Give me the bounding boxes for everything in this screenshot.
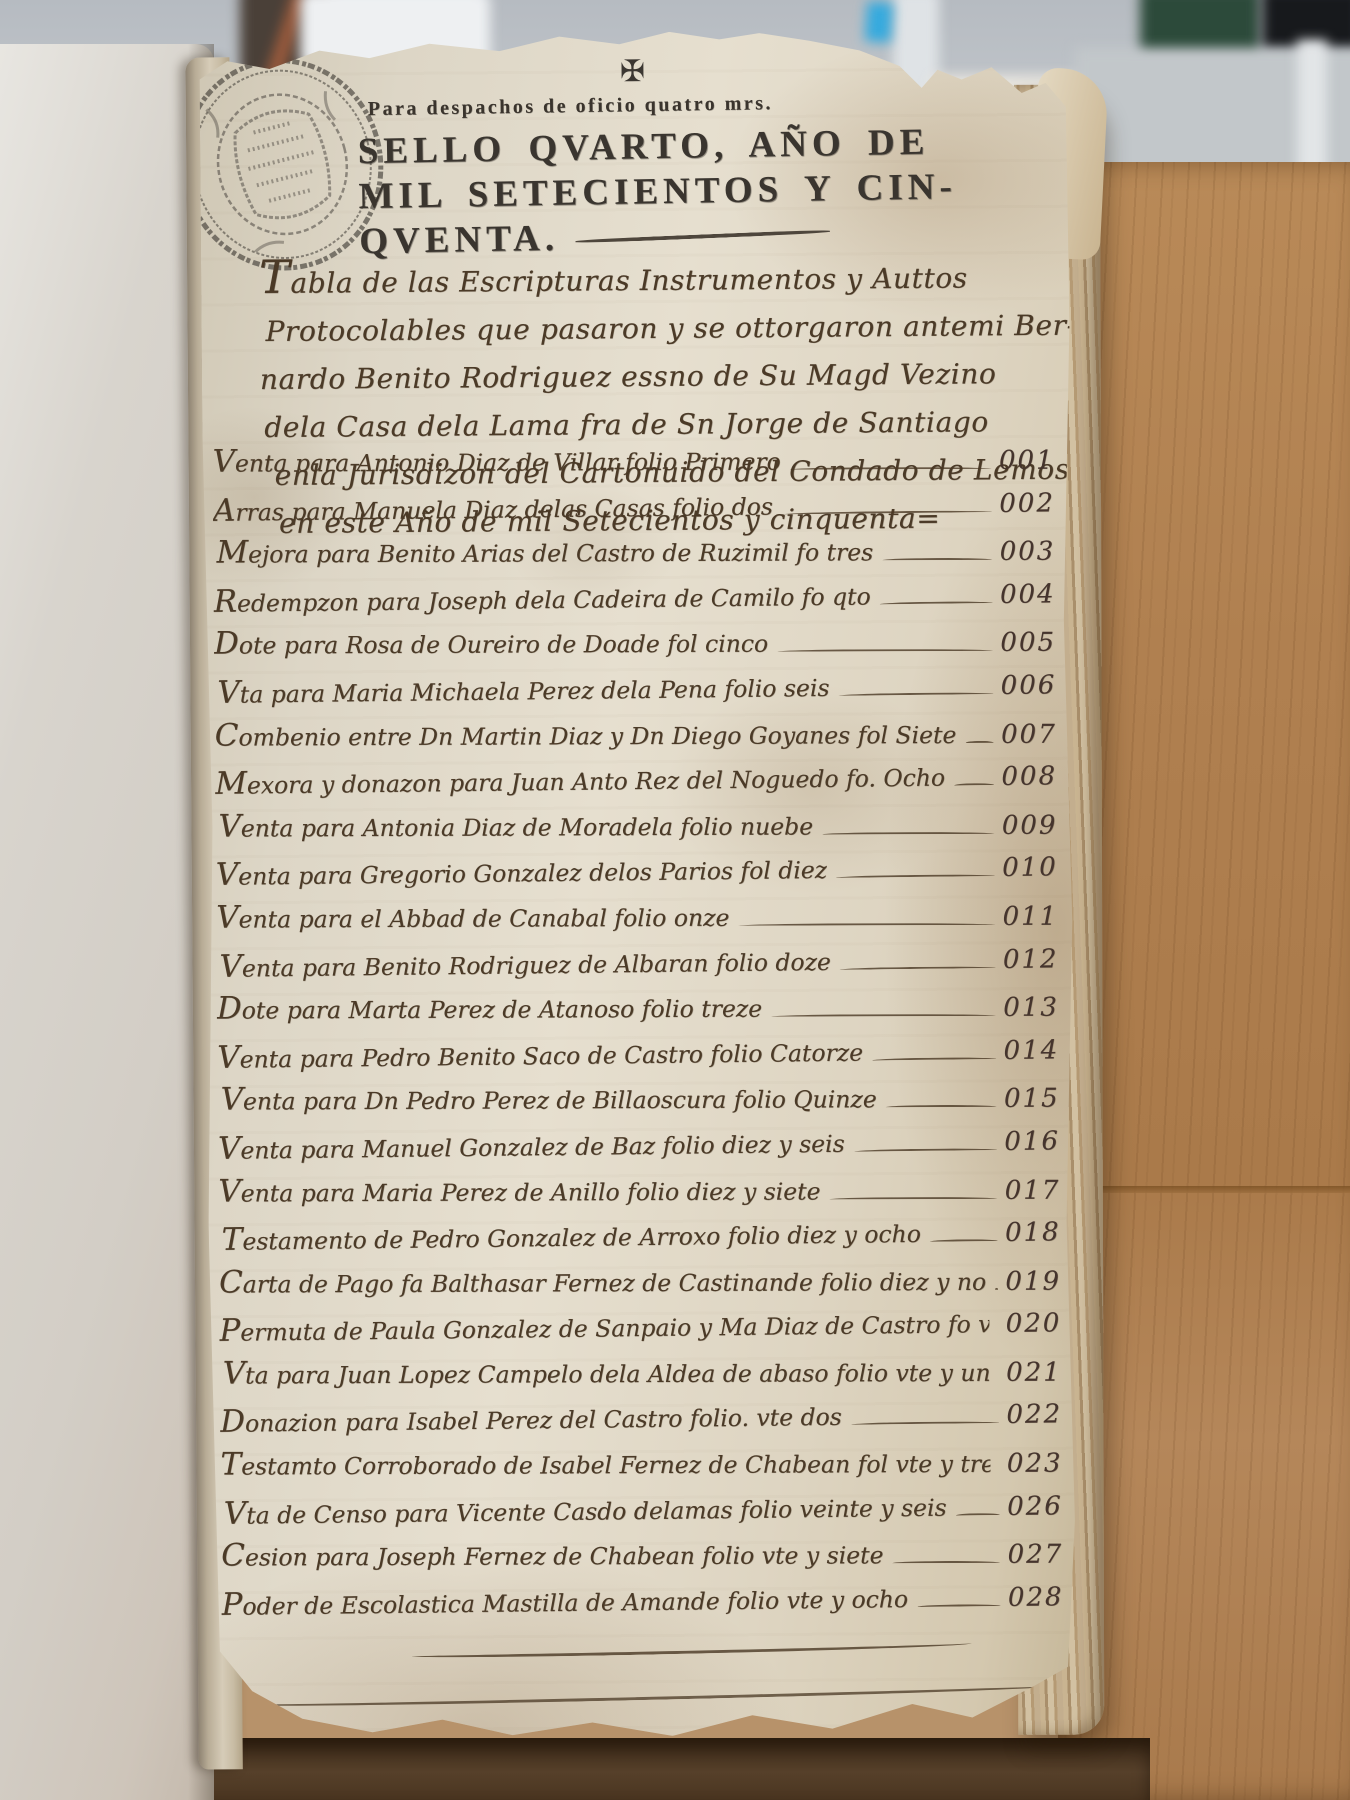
leader-dash	[917, 1604, 1001, 1607]
leader-dash	[956, 1513, 1001, 1516]
leader-dash	[930, 1239, 998, 1242]
printed-cross-ornament: ✠	[199, 51, 1067, 93]
leader-dash	[880, 601, 993, 604]
folio-number: 001	[999, 446, 1055, 476]
folio-number: 004	[1000, 579, 1056, 610]
entry-text: Mejora para Benito Arias del Castro de R…	[216, 532, 873, 570]
entry-text: Mexora y donazon para Juan Anto Rez del …	[215, 758, 945, 802]
folio-number: 007	[1001, 719, 1057, 749]
entry-text: Dote para Marta Perez de Atanoso folio t…	[217, 989, 762, 1027]
table-row: Venta para Pedro Benito Saco de Castro f…	[217, 1030, 1059, 1085]
entry-text: Venta para Gregorio Gonzalez delos Pario…	[216, 850, 828, 893]
intro-line: Tabla de las Escripturas Instrumentos y …	[259, 247, 1019, 308]
folio-number: 013	[1003, 993, 1059, 1023]
leader-dash	[771, 1014, 996, 1017]
table-row: Vta para Juan Lopez Campelo dela Aldea d…	[223, 1352, 1062, 1401]
table-row: Dote para Rosa de Oureiro de Doade fol c…	[214, 623, 1056, 672]
entry-text: Arras para Manuela Diaz delas Casas foli…	[213, 486, 773, 528]
table-row: Venta para Benito Rodriguez de Albaran f…	[219, 939, 1058, 994]
table-row: Poder de Escolastica Mastilla de Amande …	[221, 1577, 1063, 1632]
folio-number: 003	[1000, 537, 1056, 567]
leader-dash	[836, 874, 995, 878]
leader-dash	[851, 1421, 1000, 1425]
entry-text: Testamento de Pedro Gonzalez de Arroxo f…	[221, 1214, 921, 1258]
table-row: Venta para Dn Pedro Perez de Billaoscura…	[221, 1079, 1060, 1128]
intro-line: nardo Benito Rodriguez essno de Su Magd …	[260, 350, 1020, 404]
table-row: Venta para Maria Perez de Anillo folio d…	[218, 1170, 1060, 1219]
closing-rule-long	[220, 1680, 1060, 1710]
heading-underline	[575, 229, 830, 243]
table-row: Vta para Maria Michaela Perez dela Pena …	[217, 665, 1056, 720]
entry-text: Venta para Benito Rodriguez de Albaran f…	[219, 941, 831, 984]
stamp-duty-line: Para despachos de oficio quatro mrs.	[368, 90, 928, 121]
table-row: Venta para el Abbad de Canabal folio onz…	[216, 897, 1058, 946]
table-row: Combenio entre Dn Martin Diaz y Dn Diego…	[215, 714, 1057, 763]
entry-text: Redempzon para Joseph dela Cadeira de Ca…	[213, 576, 870, 619]
table-row: Donazion para Isabel Perez del Castro fo…	[220, 1395, 1062, 1450]
leader-dash	[954, 783, 994, 785]
book-support-surface	[0, 44, 214, 1800]
folio-number: 014	[1003, 1035, 1059, 1066]
folio-number: 021	[1006, 1357, 1062, 1387]
leader-dash	[892, 1561, 1000, 1563]
leader-dash	[782, 510, 992, 514]
folio-number: 015	[1004, 1084, 1060, 1114]
table-row: Testamto Corroborado de Isabel Fernez de…	[220, 1444, 1062, 1493]
folio-number: 006	[1001, 670, 1057, 701]
entry-text: Vta para Juan Lopez Campelo dela Aldea d…	[223, 1353, 990, 1392]
table-row: Cesion para Joseph Fernez de Chabean fol…	[221, 1535, 1063, 1584]
manuscript-book: ✠ Para despachos de oficio quatro mrs. S…	[185, 14, 1115, 1779]
leader-dash	[790, 467, 992, 470]
folio-number: 023	[1007, 1449, 1063, 1479]
folio-number: 005	[1000, 628, 1056, 658]
table-row: Permuta de Paula Gonzalez de Sanpaio y M…	[219, 1304, 1061, 1359]
entries-list: Venta para Antonio Diaz de Villar folio …	[212, 439, 1069, 1631]
entry-text: Dote para Rosa de Oureiro de Doade fol c…	[214, 624, 768, 662]
folio-number: 022	[1006, 1400, 1062, 1431]
folio-number: 018	[1005, 1217, 1061, 1248]
folio-number: 016	[1004, 1126, 1060, 1157]
folio-number: 028	[1008, 1582, 1064, 1613]
entry-text: Venta para Antonio Diaz de Villar folio …	[213, 442, 781, 480]
table-row: Dote para Marta Perez de Atanoso folio t…	[217, 988, 1059, 1037]
table-row: Venta para Antonio Diaz de Villar folio …	[213, 441, 1055, 490]
entry-text: Cesion para Joseph Fernez de Chabean fol…	[221, 1535, 883, 1573]
table-row: Vta de Censo para Vicente Casdo delamas …	[224, 1486, 1063, 1541]
table-row: Venta para Manuel Gonzalez de Baz folio …	[218, 1121, 1060, 1176]
entry-text: Venta para Pedro Benito Saco de Castro f…	[217, 1032, 863, 1075]
leader-dash	[886, 1105, 997, 1107]
entry-text: Venta para el Abbad de Canabal folio onz…	[216, 898, 729, 936]
leader-dash	[840, 966, 996, 970]
leader-dash	[965, 740, 994, 742]
intro-line: Protocolables que pasaron y se ottorgaro…	[265, 302, 1019, 356]
manuscript-page: ✠ Para despachos de oficio quatro mrs. S…	[199, 21, 1081, 1770]
folio-number: 002	[999, 488, 1055, 519]
entry-text: Poder de Escolastica Mastilla de Amande …	[221, 1579, 908, 1623]
sello-heading: SELLO QVARTO, AÑO DE MIL SETECIENTOS Y C…	[357, 118, 1019, 264]
table-row: Mexora y donazon para Juan Anto Rez del …	[215, 756, 1057, 811]
table-row: Venta para Gregorio Gonzalez delos Pario…	[216, 848, 1058, 903]
entry-text: Carta de Pago fa Balthasar Fernez de Cas…	[219, 1262, 986, 1301]
entry-text: Vta para Maria Michaela Perez dela Pena …	[217, 668, 829, 711]
leader-dash	[777, 649, 993, 652]
folio-number: 009	[1002, 810, 1058, 840]
closing-rule-short	[412, 1640, 972, 1659]
folio-number: 012	[1003, 944, 1059, 975]
folio-number: 027	[1007, 1540, 1063, 1570]
entry-text: Testamto Corroborado de Isabel Fernez de…	[220, 1444, 990, 1483]
entry-text: Donazion para Isabel Perez del Castro fo…	[220, 1397, 842, 1440]
table-row: Venta para Antonia Diaz de Moradela foli…	[218, 805, 1057, 854]
folio-number: 008	[1001, 761, 1057, 792]
leader-dash	[738, 923, 995, 926]
photo-of-manuscript: ✠ Para despachos de oficio quatro mrs. S…	[0, 0, 1350, 1800]
leader-dash	[995, 1288, 998, 1290]
leader-dash	[822, 832, 995, 835]
folio-number: 019	[1005, 1266, 1061, 1296]
table-row: Arras para Manuela Diaz delas Casas foli…	[213, 483, 1055, 538]
folio-number: 026	[1007, 1491, 1063, 1522]
table-row: Testamento de Pedro Gonzalez de Arroxo f…	[221, 1212, 1060, 1267]
table-row: Carta de Pago fa Balthasar Fernez de Cas…	[219, 1261, 1061, 1310]
leader-dash	[830, 1196, 998, 1199]
entry-text: Venta para Antonia Diaz de Moradela foli…	[218, 806, 813, 844]
entry-text: Venta para Maria Perez de Anillo folio d…	[218, 1171, 820, 1209]
leader-dash	[882, 558, 992, 560]
folio-number: 020	[1006, 1309, 1062, 1340]
entry-text: Vta de Censo para Vicente Casdo delamas …	[224, 1487, 947, 1531]
leader-dash	[839, 692, 994, 696]
folio-number: 017	[1005, 1175, 1061, 1205]
folio-number: 010	[1002, 853, 1058, 884]
entry-text: Combenio entre Dn Martin Diaz y Dn Diego…	[215, 715, 957, 754]
folio-number: 011	[1002, 902, 1058, 932]
entry-text: Permuta de Paula Gonzalez de Sanpaio y M…	[219, 1304, 990, 1349]
table-row: Redempzon para Joseph dela Cadeira de Ca…	[213, 574, 1055, 629]
entry-text: Venta para Dn Pedro Perez de Billaoscura…	[221, 1080, 877, 1118]
entry-text: Venta para Manuel Gonzalez de Baz folio …	[218, 1124, 845, 1167]
leader-dash	[854, 1148, 998, 1152]
leader-dash	[872, 1057, 997, 1060]
table-row: Mejora para Benito Arias del Castro de R…	[216, 532, 1055, 581]
